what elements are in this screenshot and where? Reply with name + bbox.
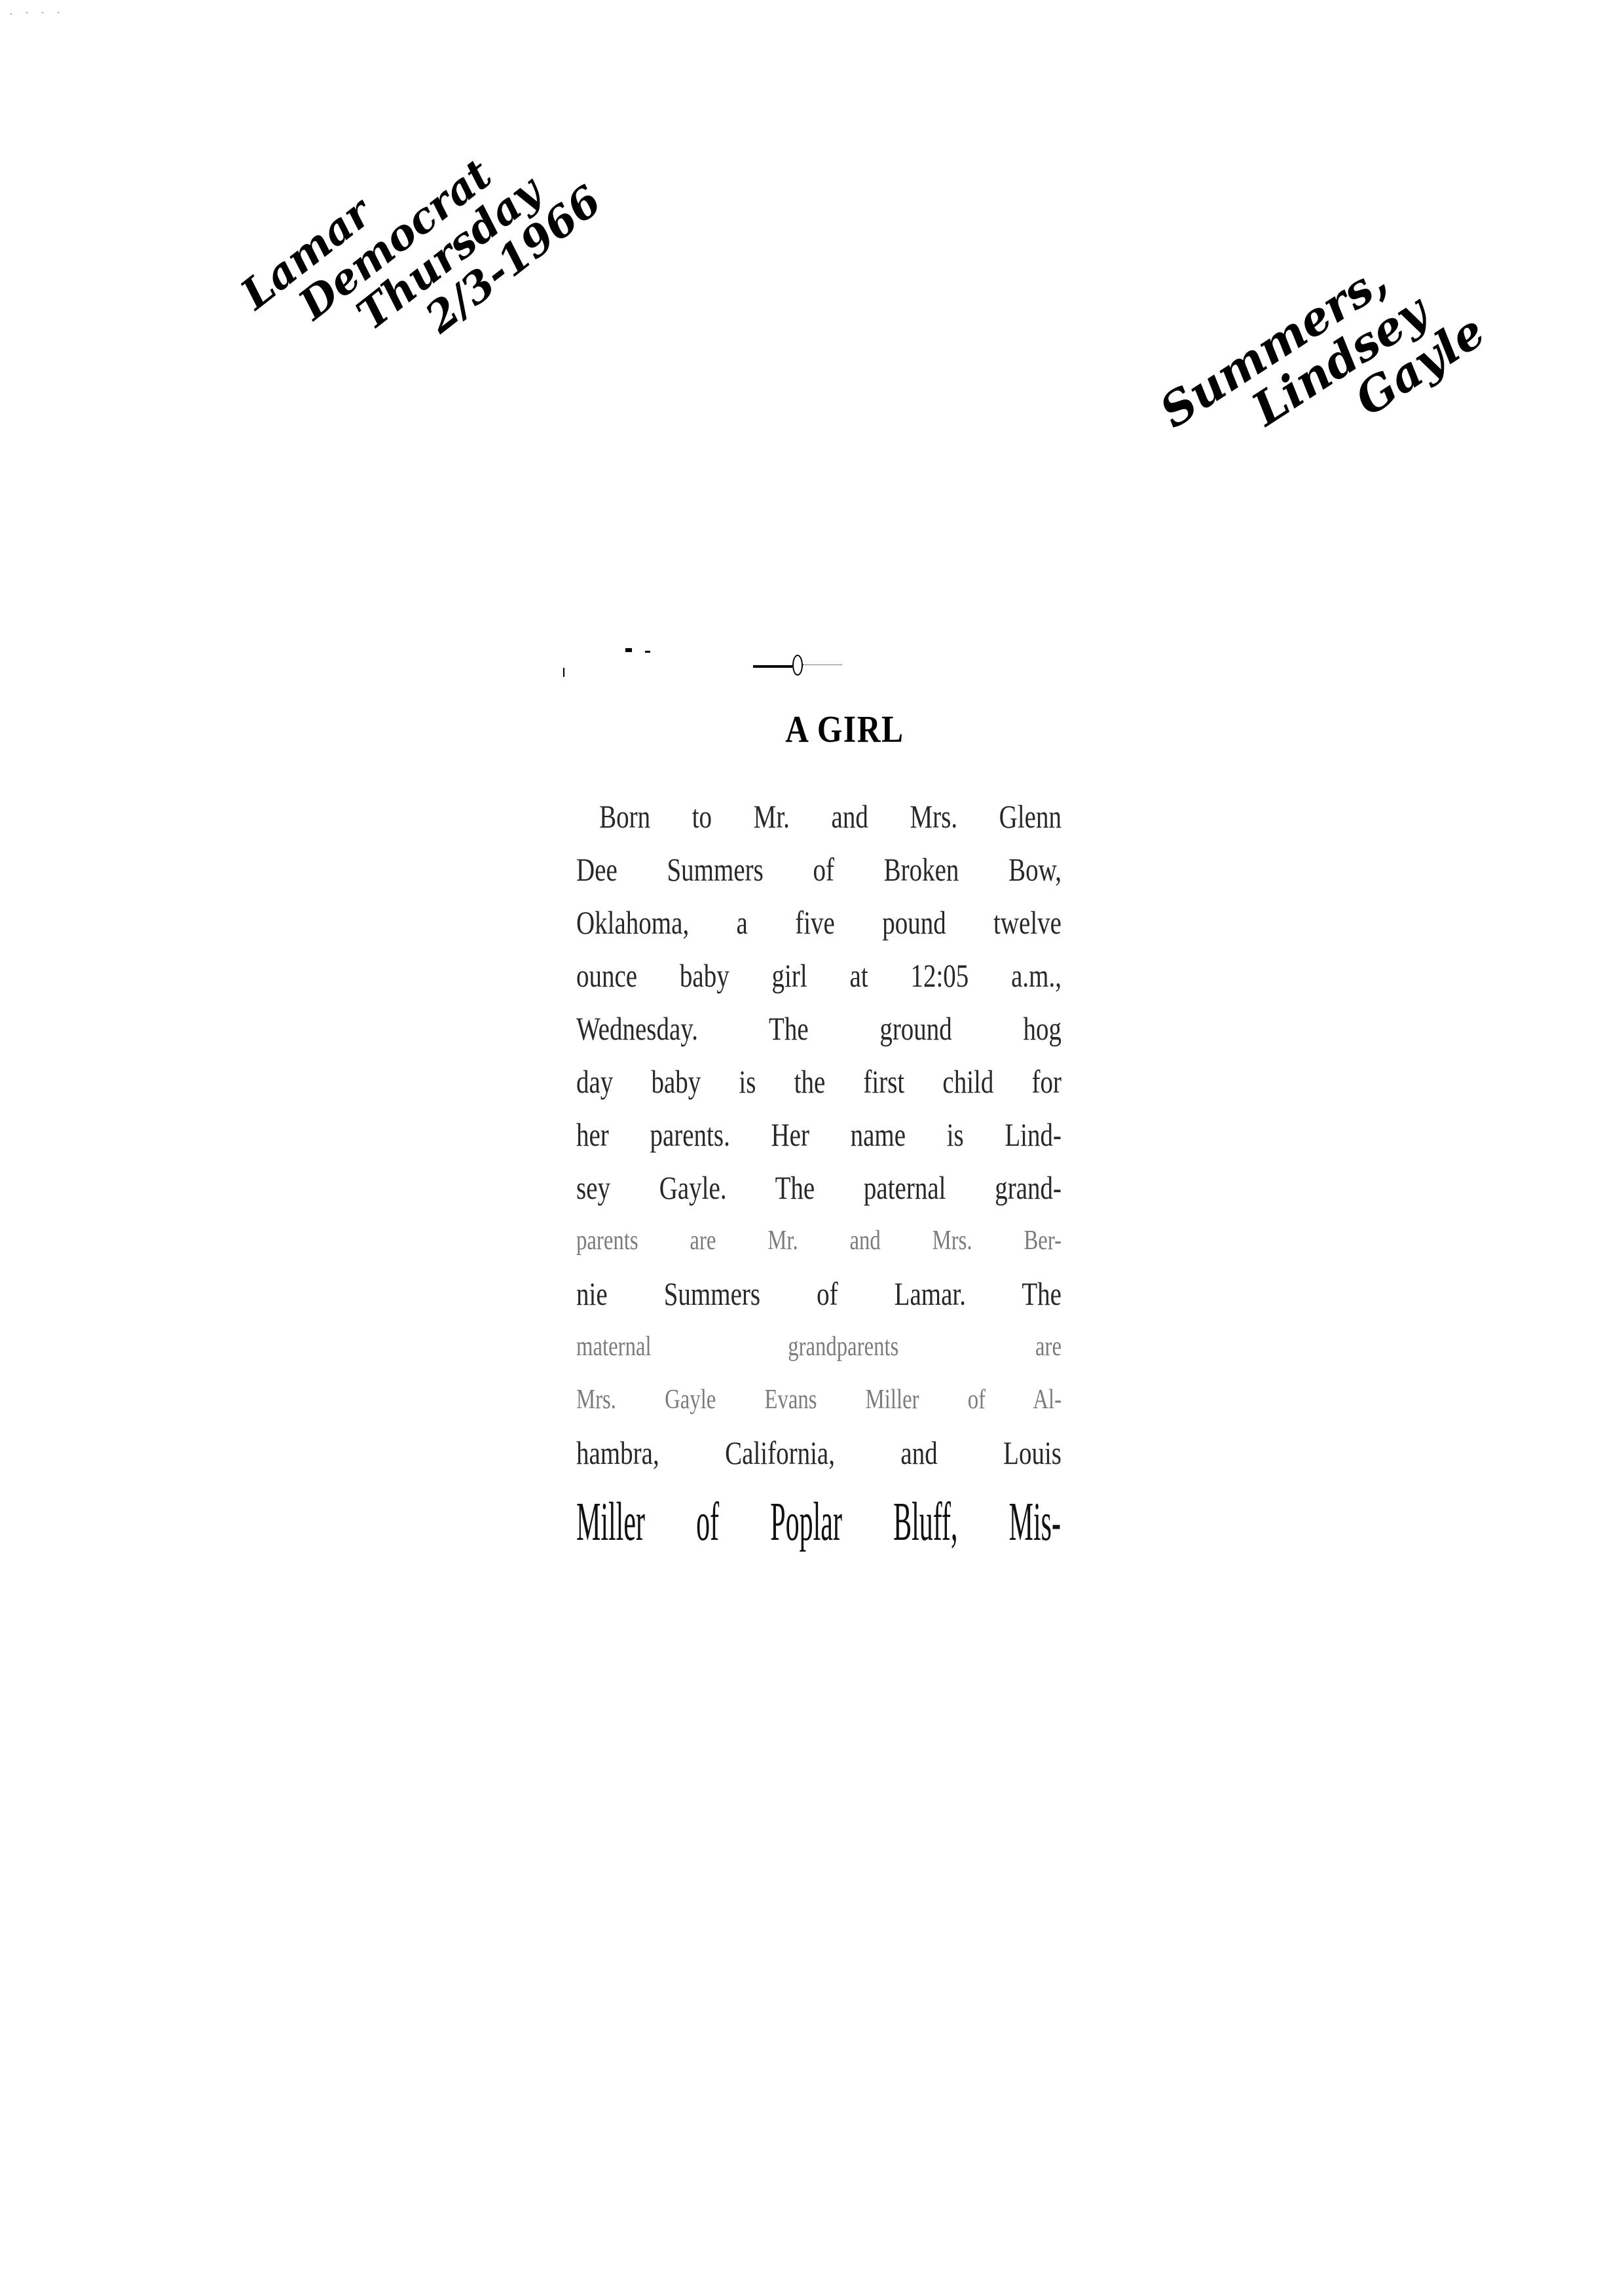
body-line: Miller of Poplar Bluff, Mis- bbox=[576, 1480, 1061, 1558]
scan-specks bbox=[563, 629, 760, 681]
body-line: her parents. Her name is Lind- bbox=[576, 1108, 1061, 1161]
body-line: Oklahoma, a five pound twelve bbox=[576, 896, 1061, 949]
body-line: Born to Mr. and Mrs. Glenn bbox=[576, 790, 1061, 843]
body-line: maternal grandparents are bbox=[576, 1321, 1061, 1374]
clipping-body: Born to Mr. and Mrs. Glenn Dee Summers o… bbox=[576, 790, 1061, 1558]
handwritten-source-note: Lamar Democrat Thursday 2/3-1966 bbox=[234, 74, 609, 421]
handwritten-subject-note: Summers, Lindsey Gayle bbox=[1152, 226, 1492, 517]
newspaper-clipping: A GIRL Born to Mr. and Mrs. Glenn Dee Su… bbox=[576, 629, 1074, 1558]
body-line: sey Gayle. The paternal grand- bbox=[576, 1161, 1061, 1214]
body-line: nie Summers of Lamar. The bbox=[576, 1267, 1061, 1321]
ornamental-rule bbox=[753, 655, 884, 674]
body-line: ounce baby girl at 12:05 a.m., bbox=[576, 949, 1061, 1002]
body-line: Mrs. Gayle Evans Miller of Al- bbox=[576, 1374, 1061, 1427]
body-line: Dee Summers of Broken Bow, bbox=[576, 843, 1061, 896]
clipping-headline: A GIRL bbox=[650, 707, 1040, 751]
body-line: day baby is the first child for bbox=[576, 1055, 1061, 1108]
scan-header-marks: . - - - bbox=[9, 9, 64, 16]
body-line: parents are Mr. and Mrs. Ber- bbox=[576, 1214, 1061, 1267]
body-line: Wednesday. The ground hog bbox=[576, 1002, 1061, 1055]
body-line: hambra, California, and Louis bbox=[576, 1427, 1061, 1480]
